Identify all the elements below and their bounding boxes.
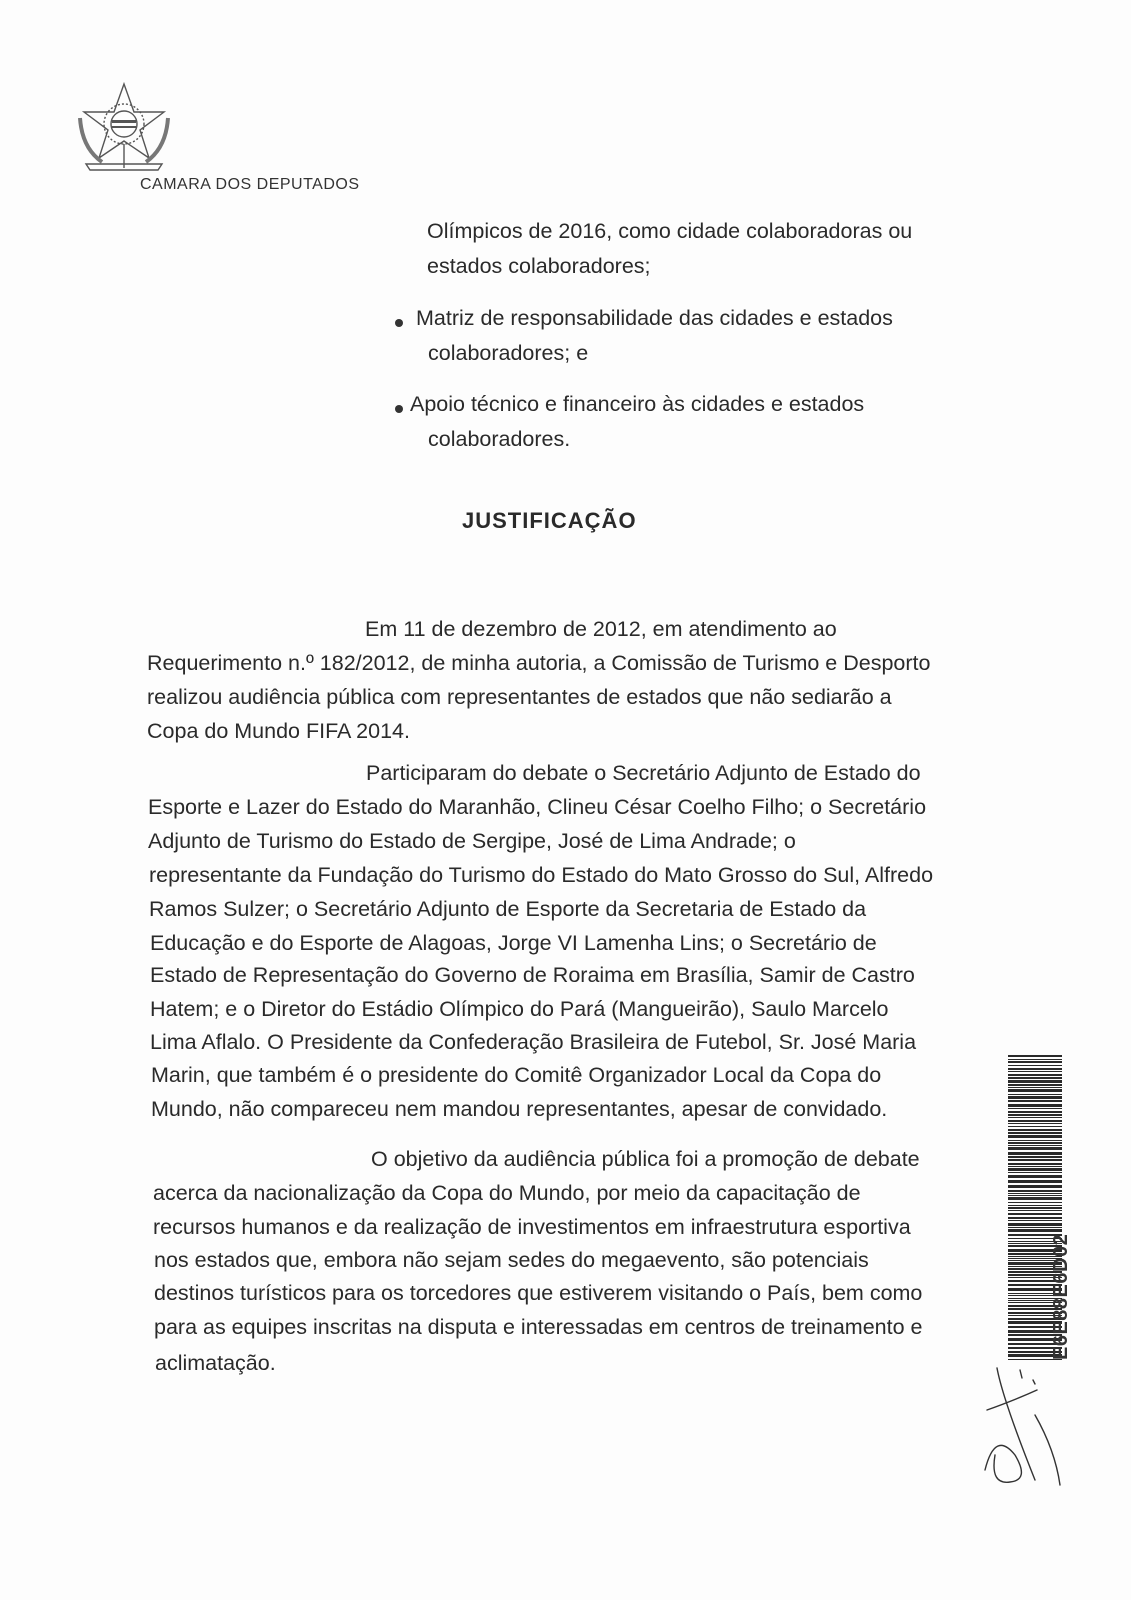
list-continuation-line: estados colaboradores; <box>427 249 651 283</box>
paragraph-line: Esporte e Lazer do Estado do Maranhão, C… <box>148 790 980 824</box>
bullet-item-line: colaboradores; e <box>428 336 588 370</box>
paragraph-line: Adjunto de Turismo do Estado de Sergipe,… <box>148 824 980 858</box>
paragraph-line: Participaram do debate o Secretário Adju… <box>366 756 980 790</box>
document-page: CAMARA DOS DEPUTADOS Olímpicos de 2016, … <box>0 0 1131 1600</box>
paragraph-line: para as equipes inscritas na disputa e i… <box>154 1310 986 1344</box>
signature-icon <box>975 1360 1075 1490</box>
paragraph-line: Requerimento n.º 182/2012, de minha auto… <box>147 646 979 680</box>
bullet-item-line: colaboradores. <box>428 422 570 456</box>
paragraph-line: realizou audiência pública com represent… <box>147 680 979 714</box>
paragraph-line: representante da Fundação do Turismo do … <box>149 858 981 892</box>
bullet-icon <box>395 319 403 327</box>
paragraph-line: Lima Aflalo. O Presidente da Confederaçã… <box>150 1025 983 1059</box>
paragraph-line: recursos humanos e da realização de inve… <box>153 1210 985 1244</box>
paragraph-line: Marin, que também é o presidente do Comi… <box>151 1058 984 1092</box>
paragraph-line: Mundo, não compareceu nem mandou represe… <box>151 1092 887 1126</box>
bullet-icon <box>395 405 403 413</box>
paragraph-line: aclimatação. <box>155 1346 276 1380</box>
paragraph-line: acerca da nacionalização da Copa do Mund… <box>153 1176 985 1210</box>
paragraph-line: nos estados que, embora não sejam sedes … <box>154 1243 986 1277</box>
paragraph-line: Educação e do Esporte de Alagoas, Jorge … <box>150 926 982 960</box>
document-code: E6E88E6D02 <box>1050 1234 1073 1360</box>
paragraph-line: Ramos Sulzer; o Secretário Adjunto de Es… <box>149 892 981 926</box>
paragraph-line: Copa do Mundo FIFA 2014. <box>147 714 410 748</box>
paragraph-line: Em 11 de dezembro de 2012, em atendiment… <box>365 612 977 646</box>
paragraph-line: Hatem; e o Diretor do Estádio Olímpico d… <box>150 992 983 1026</box>
institution-name: CAMARA DOS DEPUTADOS <box>140 176 360 194</box>
bullet-item-line: Apoio técnico e financeiro às cidades e … <box>410 387 976 421</box>
coat-of-arms-icon <box>72 78 176 174</box>
paragraph-line: Estado de Representação do Governo de Ro… <box>150 958 982 992</box>
section-title: JUSTIFICAÇÃO <box>462 508 637 534</box>
bullet-item-line: Matriz de responsabilidade das cidades e… <box>416 301 975 335</box>
paragraph-line: O objetivo da audiência pública foi a pr… <box>371 1142 985 1176</box>
paragraph-line: destinos turísticos para os torcedores q… <box>154 1276 986 1310</box>
list-continuation-line: Olímpicos de 2016, como cidade colaborad… <box>427 214 975 248</box>
